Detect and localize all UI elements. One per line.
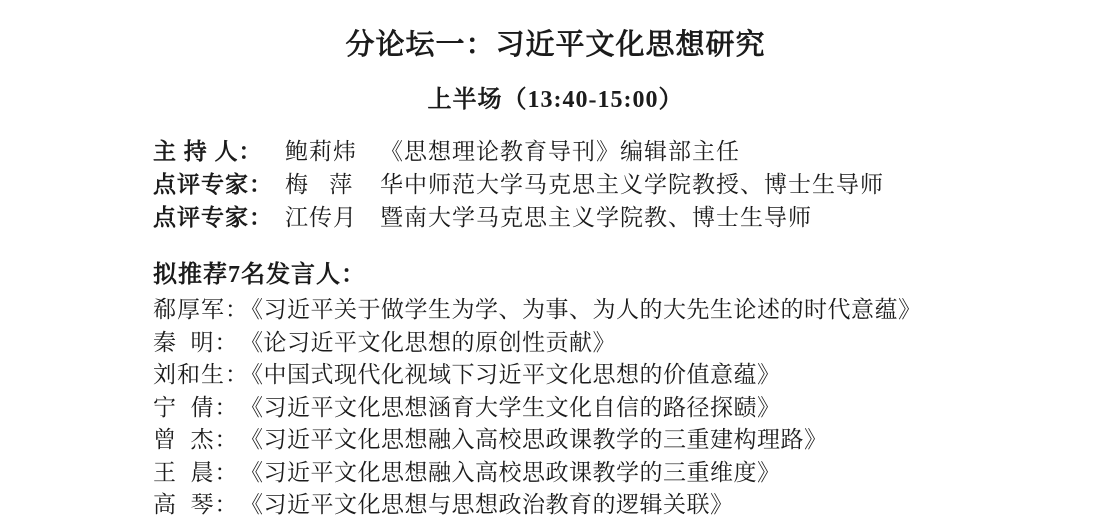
role-label: 点评专家： [153,201,285,234]
speaker-name: 郗厚军： [153,294,240,327]
role-affiliation: 暨南大学马克思主义学院教、博士生导师 [380,201,812,234]
role-label: 主 持 人： [153,135,285,168]
paper-title: 《习近平文化思想与思想政治教育的逻辑关联》 [240,489,734,519]
role-person-name: 梅 萍 [285,168,380,201]
speaker-name: 高 琴： [153,489,240,519]
role-affiliation: 《思想理论教育导刊》编辑部主任 [380,135,740,168]
paper-title: 《习近平文化思想融入高校思政课教学的三重维度》 [240,457,781,490]
panel-roles-block: 主 持 人： 鲍莉炜 《思想理论教育导刊》编辑部主任 点评专家： 梅 萍 华中师… [153,135,1111,234]
speaker-row: 刘和生： 《中国式现代化视域下习近平文化思想的价值意蕴》 [153,359,1111,392]
role-person-name: 鲍莉炜 [285,135,380,168]
paper-title: 《论习近平文化思想的原创性贡献》 [240,327,616,360]
speaker-name: 刘和生： [153,359,240,392]
paper-title: 《习近平文化思想融入高校思政课教学的三重建构理路》 [240,424,828,457]
speaker-row: 曾 杰： 《习近平文化思想融入高校思政课教学的三重建构理路》 [153,424,1111,457]
role-row-commentator-1: 点评专家： 梅 萍 华中师范大学马克思主义学院教授、博士生导师 [153,168,1111,201]
speaker-row: 王 晨： 《习近平文化思想融入高校思政课教学的三重维度》 [153,457,1111,490]
speakers-list: 郗厚军： 《习近平关于做学生为学、为事、为人的大先生论述的时代意蕴》 秦 明： … [153,294,1111,519]
speaker-row: 秦 明： 《论习近平文化思想的原创性贡献》 [153,327,1111,360]
speaker-row: 郗厚军： 《习近平关于做学生为学、为事、为人的大先生论述的时代意蕴》 [153,294,1111,327]
speaker-name: 王 晨： [153,457,240,490]
page-title: 分论坛一：习近平文化思想研究 [0,0,1111,62]
role-label: 点评专家： [153,168,285,201]
role-row-commentator-2: 点评专家： 江传月 暨南大学马克思主义学院教、博士生导师 [153,201,1111,234]
paper-title: 《中国式现代化视域下习近平文化思想的价值意蕴》 [240,359,781,392]
role-person-name: 江传月 [285,201,380,234]
role-affiliation: 华中师范大学马克思主义学院教授、博士生导师 [380,168,884,201]
speaker-row: 宁 倩： 《习近平文化思想涵育大学生文化自信的路径探赜》 [153,392,1111,425]
speaker-name: 曾 杰： [153,424,240,457]
conference-program-page: 分论坛一：习近平文化思想研究 上半场（13:40-15:00） 主 持 人： 鲍… [0,0,1111,519]
session-time-heading: 上半场（13:40-15:00） [0,85,1111,115]
paper-title: 《习近平文化思想涵育大学生文化自信的路径探赜》 [240,392,781,425]
speakers-heading: 拟推荐7名发言人： [153,260,1111,290]
speaker-name: 宁 倩： [153,392,240,425]
paper-title: 《习近平关于做学生为学、为事、为人的大先生论述的时代意蕴》 [240,294,922,327]
role-row-host: 主 持 人： 鲍莉炜 《思想理论教育导刊》编辑部主任 [153,135,1111,168]
speaker-name: 秦 明： [153,327,240,360]
speaker-row: 高 琴： 《习近平文化思想与思想政治教育的逻辑关联》 [153,489,1111,519]
